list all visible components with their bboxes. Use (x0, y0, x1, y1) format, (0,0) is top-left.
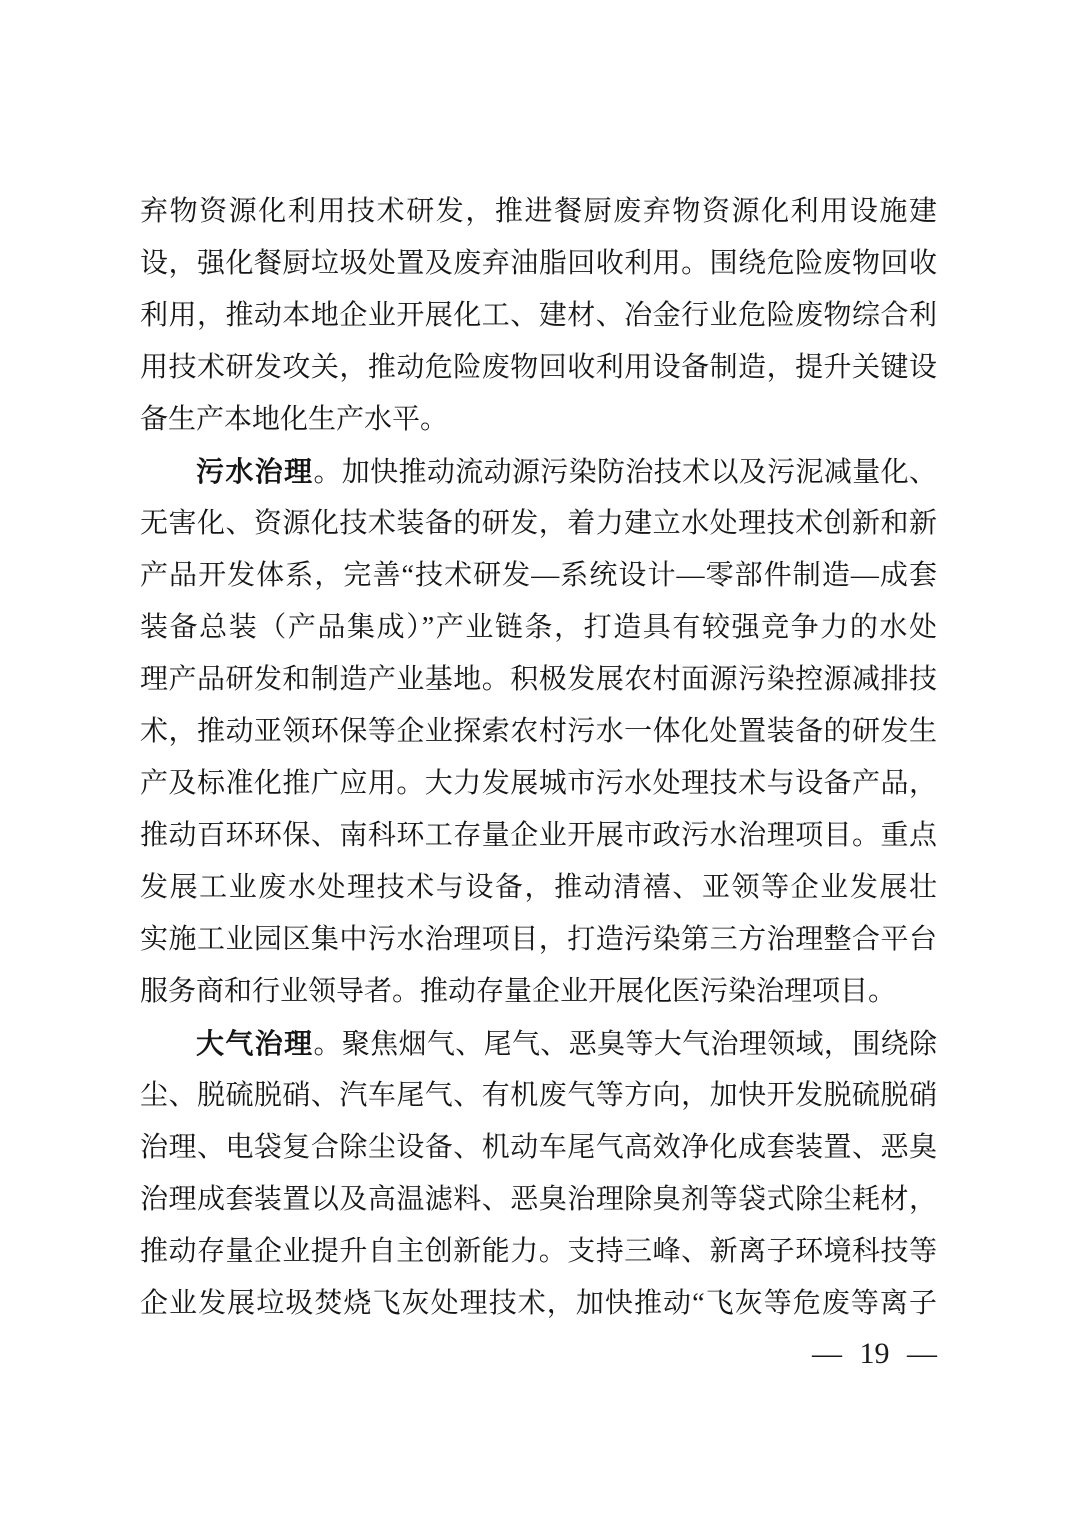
text-line: 产品开发体系，完善“技术研发—系统设计—零部件制造—成套 (140, 550, 937, 602)
text-line: 利用，推动本地企业开展化工、建材、冶金行业危险废物综合利 (140, 290, 937, 342)
text-line: 治理、电袋复合除尘设备、机动车尾气高效净化成套装置、恶臭 (140, 1122, 937, 1174)
text-line: 无害化、资源化技术装备的研发，着力建立水处理技术创新和新 (140, 498, 937, 550)
text-line: 设，强化餐厨垃圾处置及废弃油脂回收利用。围绕危险废物回收 (140, 238, 937, 290)
text-line: 术，推动亚领环保等企业探索农村污水一体化处置装备的研发生 (140, 706, 937, 758)
document-body: 弃物资源化利用技术研发，推进餐厨废弃物资源化利用设施建 设，强化餐厨垃圾处置及废… (140, 186, 937, 1330)
text-line: 装备总装（产品集成）”产业链条，打造具有较强竞争力的水处 (140, 602, 937, 654)
text-line: 弃物资源化利用技术研发，推进餐厨废弃物资源化利用设施建 (140, 186, 937, 238)
text-line: 企业发展垃圾焚烧飞灰处理技术，加快推动“飞灰等危废等离子 (140, 1278, 937, 1330)
page-number: — 19 — (812, 1336, 937, 1372)
text-line: 污水治理。加快推动流动源污染防治技术以及污泥减量化、 (140, 446, 937, 498)
paragraph-waste-recycling: 弃物资源化利用技术研发，推进餐厨废弃物资源化利用设施建 设，强化餐厨垃圾处置及废… (140, 186, 937, 446)
document-page: 弃物资源化利用技术研发，推进餐厨废弃物资源化利用设施建 设，强化餐厨垃圾处置及废… (0, 0, 1074, 1520)
text-line: 推动存量企业提升自主创新能力。支持三峰、新离子环境科技等 (140, 1226, 937, 1278)
text-run: 。加快推动流动源污染防治技术以及污泥减量化、 (313, 457, 937, 488)
text-line: 服务商和行业领导者。推动存量企业开展化医污染治理项目。 (140, 966, 937, 1018)
text-line: 大气治理。聚焦烟气、尾气、恶臭等大气治理领域，围绕除 (140, 1018, 937, 1070)
paragraph-air-treatment: 大气治理。聚焦烟气、尾气、恶臭等大气治理领域，围绕除 尘、脱硫脱硝、汽车尾气、有… (140, 1018, 937, 1330)
text-line: 尘、脱硫脱硝、汽车尾气、有机废气等方向，加快开发脱硫脱硝 (140, 1070, 937, 1122)
paragraph-sewage-treatment: 污水治理。加快推动流动源污染防治技术以及污泥减量化、 无害化、资源化技术装备的研… (140, 446, 937, 1018)
text-line: 治理成套装置以及高温滤料、恶臭治理除臭剂等袋式除尘耗材， (140, 1174, 937, 1226)
page-number-text: — 19 — (812, 1337, 937, 1370)
text-line: 实施工业园区集中污水治理项目，打造污染第三方治理整合平台 (140, 914, 937, 966)
text-run: 。聚焦烟气、尾气、恶臭等大气治理领域，围绕除 (313, 1029, 937, 1060)
text-line: 备生产本地化生产水平。 (140, 394, 937, 446)
text-line: 理产品研发和制造产业基地。积极发展农村面源污染控源减排技 (140, 654, 937, 706)
paragraph-lead-air: 大气治理 (196, 1028, 313, 1059)
text-line: 发展工业废水处理技术与设备，推动清禧、亚领等企业发展壮大， (140, 862, 937, 914)
text-line: 推动百环环保、南科环工存量企业开展市政污水治理项目。重点 (140, 810, 937, 862)
text-line: 用技术研发攻关，推动危险废物回收利用设备制造，提升关键设 (140, 342, 937, 394)
text-line: 产及标准化推广应用。大力发展城市污水处理技术与设备产品， (140, 758, 937, 810)
paragraph-lead-sewage: 污水治理 (196, 456, 313, 487)
